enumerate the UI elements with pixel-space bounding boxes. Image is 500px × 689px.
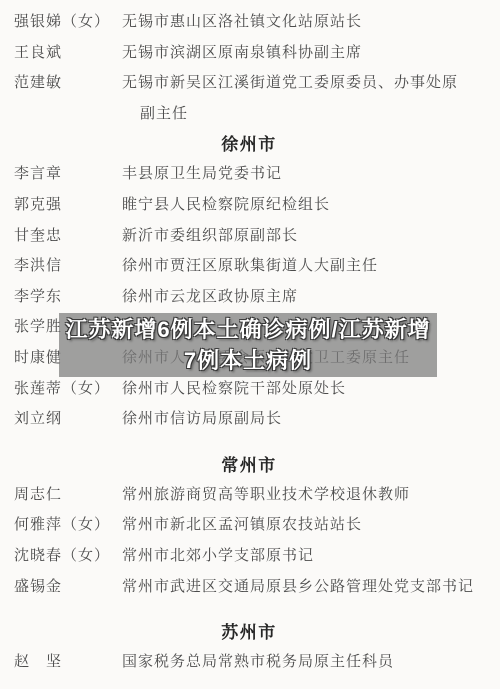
entry-position: 徐州市贾汪区原耿集街道人大副主任: [122, 251, 482, 282]
entry-position: 无锡市滨湖区原南泉镇科协副主席: [122, 38, 482, 69]
entry-name: 甘奎忠: [14, 221, 122, 252]
entry-name: 强银娣（女）: [14, 7, 122, 38]
entry-name: 盛锡金: [14, 572, 122, 603]
headline-line1: 江苏新增6例本土确诊病例/江苏新增: [65, 314, 430, 345]
entry-position: 常州旅游商贸高等职业技术学校退休教师: [122, 480, 482, 511]
table-row: 沈晓春（女） 常州市北郊小学支部原书记: [14, 541, 484, 572]
table-row: 李言章 丰县原卫生局党委书记: [14, 159, 484, 190]
table-row: 郭克强 睢宁县人民检察院原纪检组长: [14, 190, 484, 221]
entry-position: 睢宁县人民检察院原纪检组长: [122, 190, 482, 221]
city-header: 徐州市: [14, 130, 484, 159]
entry-position: 无锡市新吴区江溪街道党工委原委员、办事处原 副主任: [122, 68, 482, 129]
entry-position: 徐州市信访局原副局长: [122, 404, 482, 435]
table-row: 盛锡金 常州市武进区交通局原县乡公路管理处党支部书记: [14, 572, 484, 603]
table-row: 周志仁 常州旅游商贸高等职业技术学校退休教师: [14, 480, 484, 511]
entry-position: 常州市新北区孟河镇原农技站站长: [122, 510, 482, 541]
entry-position: 无锡市惠山区洛社镇文化站原站长: [122, 7, 482, 38]
table-row: 甘奎忠 新沂市委组织部原副部长: [14, 221, 484, 252]
entry-position: 国家税务总局常熟市税务局原主任科员: [122, 647, 482, 678]
table-row: 王良斌 无锡市滨湖区原南泉镇科协副主席: [14, 38, 484, 69]
entry-name: 范建敏: [14, 68, 122, 99]
table-row: 刘立纲 徐州市信访局原副局长: [14, 404, 484, 435]
entry-position: 丰县原卫生局党委书记: [122, 159, 482, 190]
city-header: 苏州市: [14, 618, 484, 647]
entry-name: 张莲蒂（女）: [14, 374, 122, 405]
entry-name: 李言章: [14, 159, 122, 190]
table-row: 李洪信 徐州市贾汪区原耿集街道人大副主任: [14, 251, 484, 282]
entry-position: 徐州市云龙区政协原主席: [122, 282, 482, 313]
table-row: 范建敏 无锡市新吴区江溪街道党工委原委员、办事处原 副主任: [14, 68, 484, 129]
entry-name: 周志仁: [14, 480, 122, 511]
entry-position: 徐州市人民检察院干部处原处长: [122, 374, 482, 405]
headline-overlay: 江苏新增6例本土确诊病例/江苏新增 7例本土病例: [59, 313, 437, 377]
table-row: 张莲蒂（女） 徐州市人民检察院干部处原处长: [14, 374, 484, 405]
entry-position: 新沂市委组织部原副部长: [122, 221, 482, 252]
entry-name: 何雅萍（女）: [14, 510, 122, 541]
city-header: 常州市: [14, 451, 484, 480]
document-page: 强银娣（女） 无锡市惠山区洛社镇文化站原站长 王良斌 无锡市滨湖区原南泉镇科协副…: [0, 0, 500, 689]
entry-name: 郭克强: [14, 190, 122, 221]
entry-name: 王良斌: [14, 38, 122, 69]
entry-name: 沈晓春（女）: [14, 541, 122, 572]
table-row: 强银娣（女） 无锡市惠山区洛社镇文化站原站长: [14, 7, 484, 38]
table-row: 李学东 徐州市云龙区政协原主席: [14, 282, 484, 313]
entry-name: 刘立纲: [14, 404, 122, 435]
headline-line2: 7例本土病例: [184, 345, 312, 376]
entry-name: 赵 坚: [14, 647, 122, 678]
table-row: 何雅萍（女） 常州市新北区孟河镇原农技站站长: [14, 510, 484, 541]
entry-position: 常州市北郊小学支部原书记: [122, 541, 482, 572]
table-row: 赵 坚 国家税务总局常熟市税务局原主任科员: [14, 647, 484, 678]
entry-position: 常州市武进区交通局原县乡公路管理处党支部书记: [122, 572, 482, 603]
entry-name: 李学东: [14, 282, 122, 313]
entry-name: 李洪信: [14, 251, 122, 282]
